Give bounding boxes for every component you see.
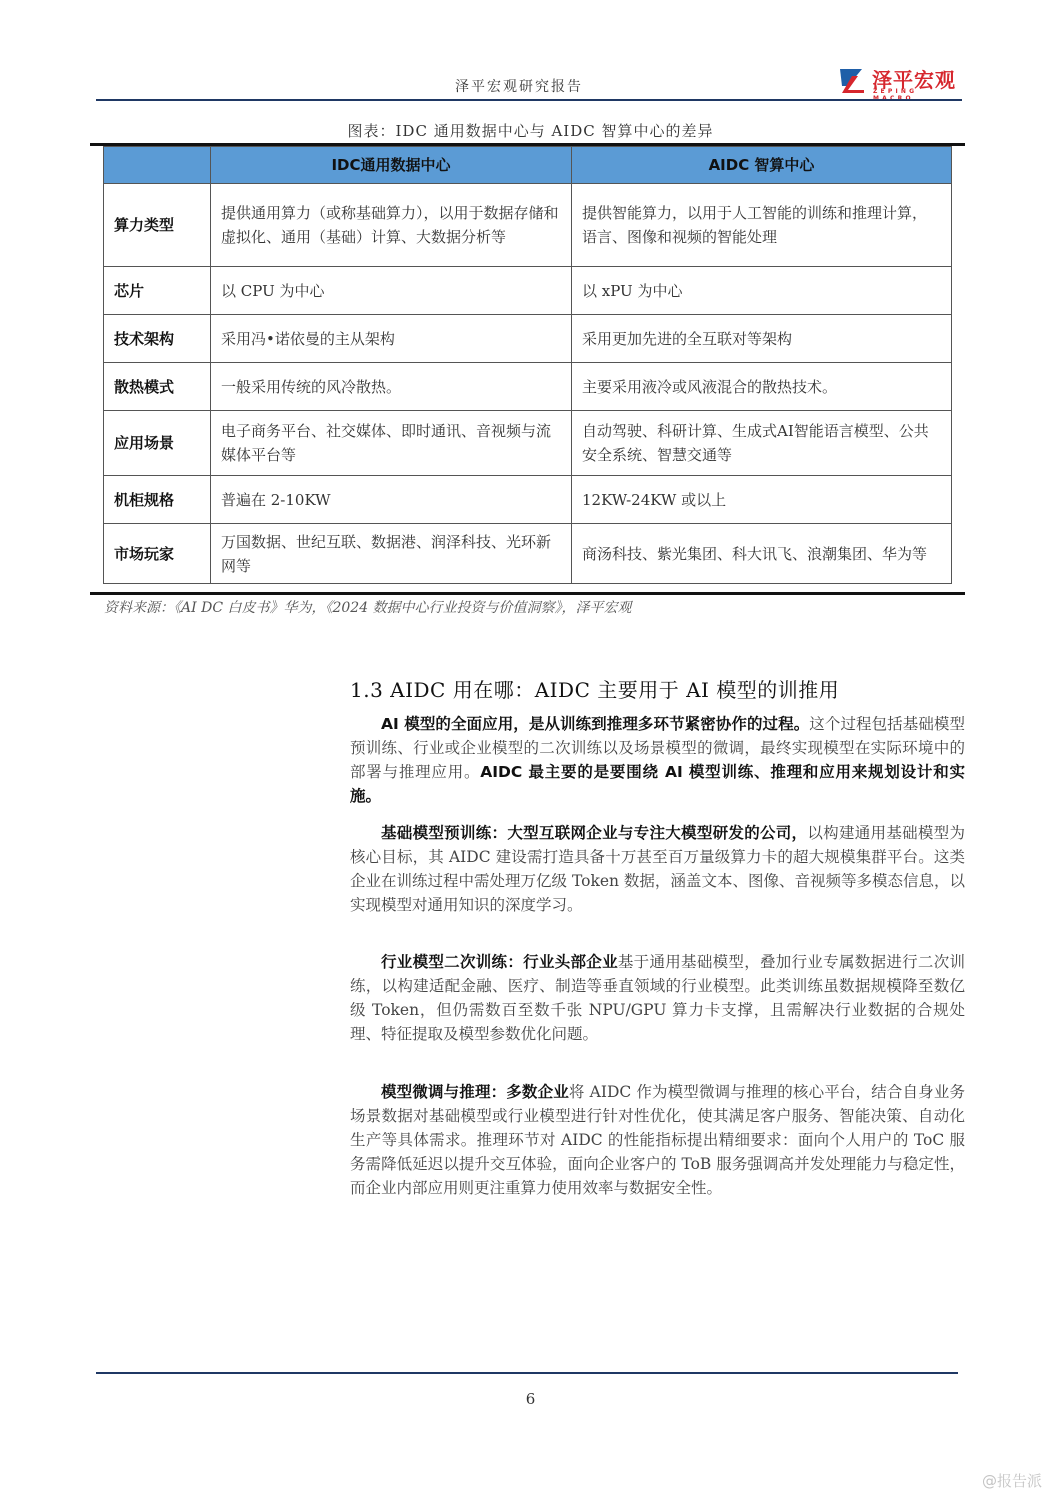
- table-header-row: IDC通用数据中心 AIDC 智算中心: [104, 147, 952, 184]
- table-row: 散热模式 一般采用传统的风冷散热。 主要采用液冷或风液混合的散热技术。: [104, 363, 952, 411]
- comparison-table: IDC通用数据中心 AIDC 智算中心 算力类型 提供通用算力（或称基础算力），…: [103, 146, 952, 584]
- table-row: 算力类型 提供通用算力（或称基础算力），以用于数据存储和虚拟化、通用（基础）计算…: [104, 184, 952, 267]
- report-series-title: 泽平宏观研究报告: [455, 76, 583, 96]
- table-bottom-rule: [90, 592, 965, 595]
- table-row: 技术架构 采用冯•诺依曼的主从架构 采用更加先进的全互联对等架构: [104, 315, 952, 363]
- source-note: 资料来源：《AI DC 白皮书》华为，《2024 数据中心行业投资与价值洞察》，…: [104, 597, 632, 617]
- row-label: 市场玩家: [104, 524, 211, 584]
- table-row: 芯片 以 CPU 为中心 以 xPU 为中心: [104, 267, 952, 315]
- aidc-cell: 以 xPU 为中心: [572, 267, 952, 315]
- section-heading: 1.3 AIDC 用在哪：AIDC 主要用于 AI 模型的训推用: [350, 674, 839, 703]
- body-paragraph: 基础模型预训练：大型互联网企业与专注大模型研发的公司，以构建通用基础模型为核心目…: [350, 821, 965, 917]
- aidc-cell: 提供智能算力，以用于人工智能的训练和推理计算，语言、图像和视频的智能处理: [572, 184, 952, 267]
- aidc-cell: 商汤科技、紫光集团、科大讯飞、浪潮集团、华为等: [572, 524, 952, 584]
- idc-cell: 电子商务平台、社交媒体、即时通讯、音视频与流媒体平台等: [211, 411, 572, 476]
- idc-cell: 万国数据、世纪互联、数据港、润泽科技、光环新网等: [211, 524, 572, 584]
- brand-logo: 泽平宏观 ZEPING MACRO: [838, 64, 958, 98]
- table-row: 市场玩家 万国数据、世纪互联、数据港、润泽科技、光环新网等 商汤科技、紫光集团、…: [104, 524, 952, 584]
- row-label: 散热模式: [104, 363, 211, 411]
- idc-cell: 普遍在 2-10KW: [211, 476, 572, 524]
- table-row: 机柜规格 普遍在 2-10KW 12KW-24KW 或以上: [104, 476, 952, 524]
- idc-cell: 采用冯•诺依曼的主从架构: [211, 315, 572, 363]
- page-number: 6: [0, 1390, 1061, 1408]
- table-row: 应用场景 电子商务平台、社交媒体、即时通讯、音视频与流媒体平台等 自动驾驶、科研…: [104, 411, 952, 476]
- body-paragraph: 模型微调与推理：多数企业将 AIDC 作为模型微调与推理的核心平台，结合自身业务…: [350, 1080, 965, 1200]
- idc-cell: 提供通用算力（或称基础算力），以用于数据存储和虚拟化、通用（基础）计算、大数据分…: [211, 184, 572, 267]
- footer-divider: [96, 1372, 958, 1374]
- paragraph-lead: 模型微调与推理：多数企业: [381, 1083, 569, 1101]
- row-label: 机柜规格: [104, 476, 211, 524]
- row-label: 应用场景: [104, 411, 211, 476]
- row-label: 算力类型: [104, 184, 211, 267]
- aidc-cell: 自动驾驶、科研计算、生成式AI智能语言模型、公共安全系统、智慧交通等: [572, 411, 952, 476]
- watermark: @报告派: [982, 1470, 1042, 1491]
- body-paragraph: AI 模型的全面应用，是从训练到推理多环节紧密协作的过程。这个过程包括基础模型预…: [350, 712, 965, 808]
- paragraph-lead: 行业模型二次训练：行业头部企业: [381, 953, 618, 971]
- column-header-idc: IDC通用数据中心: [211, 147, 572, 184]
- aidc-cell: 采用更加先进的全互联对等架构: [572, 315, 952, 363]
- paragraph-lead: 基础模型预训练：大型互联网企业与专注大模型研发的公司，: [381, 824, 807, 842]
- zp-logo-icon: [838, 66, 866, 94]
- row-label: 芯片: [104, 267, 211, 315]
- column-header-aidc: AIDC 智算中心: [572, 147, 952, 184]
- idc-cell: 一般采用传统的风冷散热。: [211, 363, 572, 411]
- aidc-cell: 12KW-24KW 或以上: [572, 476, 952, 524]
- idc-cell: 以 CPU 为中心: [211, 267, 572, 315]
- row-label: 技术架构: [104, 315, 211, 363]
- figure-title: 图表：IDC 通用数据中心与 AIDC 智算中心的差异: [0, 120, 1061, 141]
- aidc-cell: 主要采用液冷或风液混合的散热技术。: [572, 363, 952, 411]
- header-divider: [96, 99, 962, 101]
- column-header-label: [104, 147, 211, 184]
- body-paragraph: 行业模型二次训练：行业头部企业基于通用基础模型，叠加行业专属数据进行二次训练，以…: [350, 950, 965, 1046]
- paragraph-lead: AI 模型的全面应用，是从训练到推理多环节紧密协作的过程。: [381, 715, 809, 733]
